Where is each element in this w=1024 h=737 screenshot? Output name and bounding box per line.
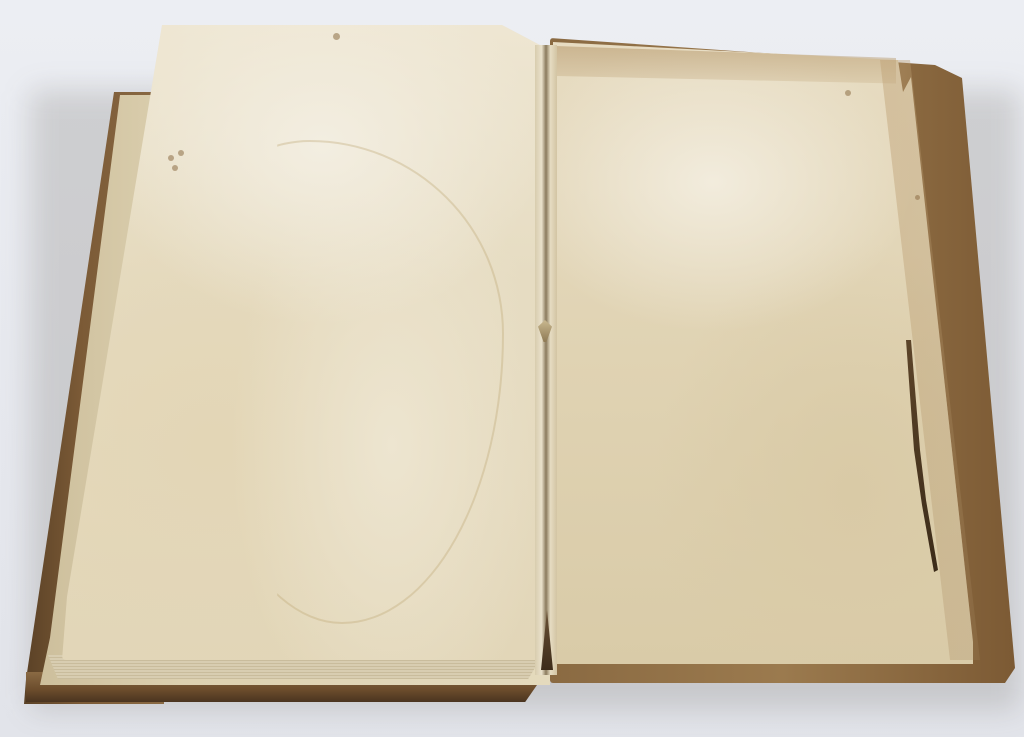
book-gutter	[535, 45, 557, 675]
foxing-spot	[172, 165, 178, 171]
foxing-spot	[915, 195, 920, 200]
foxing-spot	[178, 150, 184, 156]
foxing-spot	[845, 90, 851, 96]
foxing-spot	[168, 155, 174, 161]
foxing-spot	[333, 33, 340, 40]
